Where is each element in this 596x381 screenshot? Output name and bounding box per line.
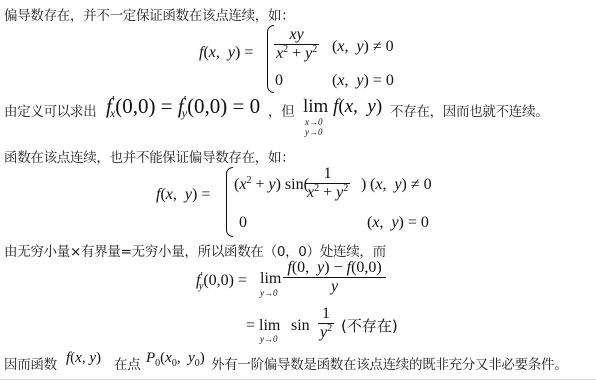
eq3-case1-prefix: (x2 + y) sin(	[234, 176, 309, 194]
lim-label: lim	[303, 96, 328, 117]
eq4-fraction: f(0, y) − f(0,0)y	[283, 260, 386, 295]
point-p0: P0(x0, y0)	[146, 350, 205, 367]
eq3-case1-close: )	[361, 176, 366, 194]
text-line-3: 函数在该点连续，也并不能保证偏导数存在，如：	[4, 146, 294, 166]
eq1-case2-condition: (x, y) = 0	[332, 72, 394, 90]
eq4-lim: lim	[260, 270, 281, 288]
function-fxy: f(x, y)	[66, 350, 101, 367]
partial-derivative-equation: f′x(0,0) = f′y(0,0) = 0	[106, 94, 260, 119]
eq4-not-exist-note: (不存在)	[341, 315, 398, 336]
text-line-4: 由无穷小量×有界量=无穷小量，所以函数在（0，0）处连续，而	[4, 240, 386, 260]
eq4-lhs: f′y(0,0) =	[196, 272, 247, 290]
text-line-5-mid2: 外有一阶偏导数是函数在该点连续的既非充分又非必要条件。	[211, 353, 567, 373]
eq4-lim-subscript: y→0	[260, 288, 278, 298]
text-line-2-prefix: 由定义可以求出	[4, 100, 96, 120]
bottom-divider	[0, 379, 596, 380]
eq3-case1-fraction: 1x2 + y2	[305, 166, 350, 201]
eq3-case2-value: 0	[239, 214, 247, 232]
left-brace-icon	[267, 25, 274, 93]
eq4-line2-fraction: 1y2	[318, 306, 334, 341]
text-line-5-prefix: 因而函数	[4, 353, 57, 373]
eq4-line2-sin: sin	[291, 317, 310, 335]
eq3-case2-condition: (x, y) = 0	[367, 214, 429, 232]
limit-expression: lim f(x, y)	[303, 96, 382, 118]
lim-subscript: x→0 y→0	[305, 117, 323, 137]
left-brace-icon	[226, 167, 233, 237]
text-line-5-mid1: 在点	[114, 353, 140, 373]
text-line-2-mid: ，但	[268, 100, 294, 120]
eq1-case1-condition: (x, y) ≠ 0	[332, 38, 394, 56]
eq3-case1-condition: (x, y) ≠ 0	[370, 176, 432, 194]
text-line-1: 偏导数存在，并不一定保证函数在该点连续，如：	[4, 4, 294, 24]
eq3-lhs: f(x, y) =	[156, 186, 210, 204]
eq1-lhs: f(x, y) =	[199, 44, 253, 62]
eq1-case2-value: 0	[275, 72, 283, 90]
text-line-2-suffix: 不存在，因而也就不连续。	[390, 100, 548, 120]
eq4-line2-lim-subscript: y→0	[260, 334, 278, 344]
eq1-case1-fraction: xyx2 + y2	[274, 27, 319, 62]
eq4-line2-equals: = lim	[246, 317, 280, 335]
